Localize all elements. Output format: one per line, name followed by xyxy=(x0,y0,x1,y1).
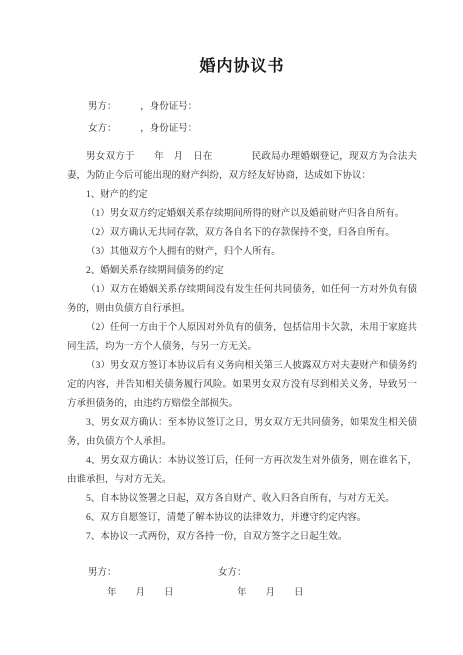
signature-date-male: 年 月 日 xyxy=(88,583,197,603)
clause-paragraph: 6、双方自愿签订，清楚了解本协议的法律效力，并遵守约定内容。 xyxy=(67,509,417,528)
clause-paragraph: 7、本协议一式两份，双方各持一份，自双方签字之日起生效。 xyxy=(67,528,417,547)
agreement-body: 男女双方于 年 月 日在 民政局办理婚姻登记，现双方为合法夫妻，为防止今后可能出… xyxy=(67,148,417,547)
clause-paragraph: （2）任何一方由于个人原因对外负有的债务，包括信用卡欠款，未用于家庭共同生活，均… xyxy=(67,319,417,357)
clause-paragraph: 2、婚姻关系存续期间债务的约定 xyxy=(67,262,417,281)
signature-label-female: 女方： xyxy=(218,563,304,583)
clause-paragraph: 3、男女双方确认：至本协议签订之日，男女双方无共同债务，如果发生相关债务，由负债… xyxy=(67,414,417,452)
clause-paragraph: 4、男女双方确认：本协议签订后，任何一方再次发生对外债务，则在谁名下，由谁承担，… xyxy=(67,452,417,490)
party-info-block: 男方： ，身份证号： 女方： ，身份证号： xyxy=(67,96,417,140)
signature-date-female: 年 月 日 xyxy=(218,583,304,603)
signature-column-male: 男方： 年 月 日 xyxy=(67,563,197,603)
document-page: 婚内协议书 男方： ，身份证号： 女方： ，身份证号： 男女双方于 年 月 日在… xyxy=(0,0,463,655)
document-title: 婚内协议书 xyxy=(67,56,417,78)
signature-column-female: 女方： 年 月 日 xyxy=(197,563,304,603)
clause-paragraph: 5、自本协议签署之日起，双方各自财产、收入归各自所有，与对方无关。 xyxy=(67,490,417,509)
clause-paragraph: （2）双方确认无共同存款，双方各自名下的存款保持不变，归各自所有。 xyxy=(67,224,417,243)
signature-block: 男方： 年 月 日 女方： 年 月 日 xyxy=(67,563,417,603)
intro-paragraph: 男女双方于 年 月 日在 民政局办理婚姻登记，现双方为合法夫妻，为防止今后可能出… xyxy=(67,148,417,186)
clause-paragraph: （3）其他双方个人拥有的财产，归个人所有。 xyxy=(67,243,417,262)
party-line-male: 男方： ，身份证号： xyxy=(67,96,417,118)
clause-paragraph: （1）双方在婚姻关系存续期间没有发生任何共同债务，如任何一方对外负有债务的，则由… xyxy=(67,281,417,319)
party-line-female: 女方： ，身份证号： xyxy=(67,118,417,140)
clause-paragraph: （1）男女双方约定婚姻关系存续期间所得的财产以及婚前财产归各自所有。 xyxy=(67,205,417,224)
signature-label-male: 男方： xyxy=(88,563,197,583)
clause-paragraph: 1、财产的约定 xyxy=(67,186,417,205)
clause-paragraph: （3）男女双方签订本协议后有义务向相关第三人披露双方对夫妻财产和债务约定的内容，… xyxy=(67,357,417,414)
